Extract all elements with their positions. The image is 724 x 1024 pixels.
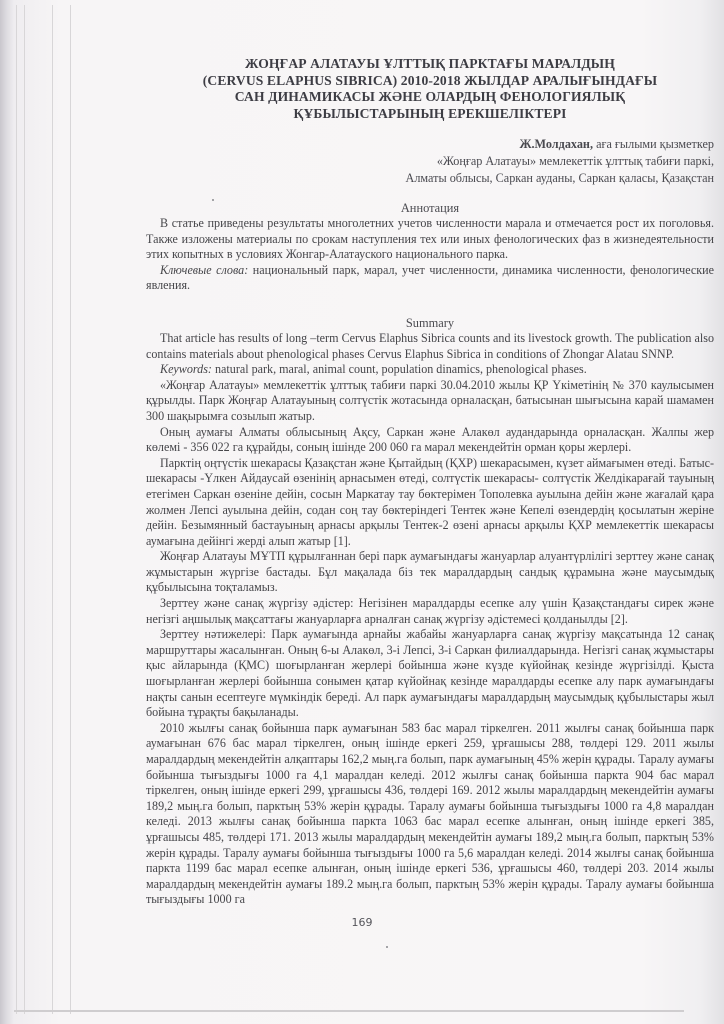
page-bottom-edge <box>14 1010 684 1012</box>
scan-speck <box>386 946 388 948</box>
summary-text: That article has results of long –term C… <box>146 331 714 362</box>
page-number: 169 <box>0 916 724 929</box>
annotation-text: В статье приведены результаты многолетни… <box>146 216 714 263</box>
summary-keywords: Keywords: natural park, maral, animal co… <box>146 362 714 378</box>
keywords-text: natural park, maral, animal count, popul… <box>212 362 587 376</box>
body-paragraph: Зерттеу және санақ жүргізу әдістер: Негі… <box>146 596 714 627</box>
annotation-heading: Аннотация <box>146 200 714 216</box>
keywords-label: Ключевые слова: <box>160 263 248 277</box>
title-line: (CERVUS ELAPHUS SIBRICA) 2010-2018 ЖЫЛДА… <box>146 73 714 90</box>
body-paragraph: Зерттеу нәтижелері: Парк аумағында арнай… <box>146 627 714 721</box>
author-affiliation: «Жоңғар Алатауы» мемлекеттік ұлттық таби… <box>146 153 714 170</box>
page-edge-line <box>16 5 17 1014</box>
summary-heading: Summary <box>146 315 714 331</box>
title-line: САН ДИНАМИКАСЫ ЖӘНЕ ОЛАРДЫҢ ФЕНОЛОГИЯЛЫҚ <box>146 89 714 106</box>
author-position: аға ғылыми қызметкер <box>593 137 714 151</box>
page-edge-line <box>70 5 71 1014</box>
page-edge-line <box>24 5 25 1014</box>
author-location: Алматы облысы, Саркан ауданы, Саркан қал… <box>146 170 714 187</box>
title-line: ЖОҢҒАР АЛАТАУЫ ҰЛТТЫҚ ПАРКТАҒЫ МАРАЛДЫҢ <box>146 56 714 73</box>
body-paragraph: Парктің оңтүстік шекарасы Қазақстан және… <box>146 456 714 550</box>
body-paragraph: 2010 жылғы санақ бойынша парк аумағынан … <box>146 721 714 908</box>
body-paragraph: Жоңғар Алатауы МҰТП құрылғаннан бері пар… <box>146 549 714 596</box>
author-name: Ж.Молдахан, <box>519 137 593 151</box>
body-text: «Жоңғар Алатауы» мемлекеттік ұлттық таби… <box>146 378 714 908</box>
body-paragraph: «Жоңғар Алатауы» мемлекеттік ұлттық таби… <box>146 378 714 425</box>
body-paragraph: Оның аумағы Алматы облысының Ақсу, Сарка… <box>146 425 714 456</box>
paper-page: ЖОҢҒАР АЛАТАУЫ ҰЛТТЫҚ ПАРКТАҒЫ МАРАЛДЫҢ … <box>146 56 714 908</box>
annotation-keywords: Ключевые слова: национальный парк, марал… <box>146 263 714 294</box>
article-title: ЖОҢҒАР АЛАТАУЫ ҰЛТТЫҚ ПАРКТАҒЫ МАРАЛДЫҢ … <box>146 56 714 122</box>
keywords-label: Keywords: <box>160 362 212 376</box>
author-line: Ж.Молдахан, аға ғылыми қызметкер <box>146 136 714 153</box>
page-edge-line <box>52 5 53 1014</box>
title-line: ҚҰБЫЛЫСТАРЫНЫҢ ЕРЕКШЕЛІКТЕРІ <box>146 106 714 123</box>
author-block: Ж.Молдахан, аға ғылыми қызметкер «Жоңғар… <box>146 136 714 187</box>
